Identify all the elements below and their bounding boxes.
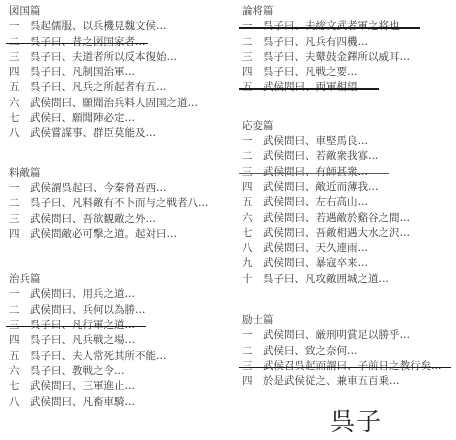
section-title: 励士篇 [242, 313, 454, 328]
section-reishi: 励士篇 一武侯問曰、厳刑明賞足以勝乎… 二武侯曰、致之奈何… 三武侯召呉起而謂曰… [242, 313, 454, 389]
item-text: 呉子曰、凡攻敵囲城之道… [263, 273, 389, 285]
item-text: 武侯問曰、三軍進止… [30, 380, 135, 392]
item-number: 五 [9, 349, 30, 364]
section-gap [9, 142, 224, 166]
item-text: 呉子曰、凡料敵有不卜而与之戦者八… [30, 197, 209, 209]
list-item: 一武侯問曰、車堅馬良… [242, 134, 454, 149]
item-text: 武侯問曰、吾欲観敵之外… [30, 213, 156, 225]
item-text: 呉子曰、凡行軍之道… [30, 319, 135, 331]
item-text: 呉子曰、教戦之令… [30, 365, 125, 377]
item-number: 三 [9, 318, 30, 333]
item-number: 一 [242, 134, 263, 149]
item-number: 二 [242, 344, 263, 359]
item-number: 九 [242, 256, 263, 271]
item-number: 六 [9, 96, 30, 111]
item-number: 二 [9, 196, 30, 211]
item-number: 五 [242, 195, 263, 210]
item-number: 三 [242, 50, 263, 65]
item-number: 十 [242, 272, 263, 287]
item-number: 三 [9, 212, 30, 227]
section-tokoku: 図国篇 一呉起儒服、以兵機見魏文侯… 二呉子曰、昔之図国家者… 三呉子曰、夫道者… [9, 4, 224, 142]
item-text: 武侯問曰、天久連雨… [263, 242, 368, 254]
item-text: 武侯召呉起而謂曰、子前日之教行矣… [263, 360, 442, 372]
item-number: 二 [9, 303, 30, 318]
item-number: 八 [9, 126, 30, 141]
list-item: 六武侯問曰、願聞治兵料人固国之道… [9, 96, 224, 111]
list-item: 五呉子曰、夫人常死其所不能… [9, 349, 224, 364]
list-item-struck: 一呉子曰、夫総文武者軍之将也… [242, 19, 454, 34]
item-number: 三 [242, 165, 263, 180]
section-title: 論将篇 [242, 4, 454, 19]
section-ouhen: 応変篇 一武侯問曰、車堅馬良… 二武侯問曰、若敵衆我寡… 三武侯問曰、有師甚衆…… [242, 119, 454, 287]
item-number: 二 [9, 35, 30, 50]
list-item-struck-red: 三武侯問曰、有師甚衆… [242, 165, 454, 180]
item-text: 武侯問曰、左右高山… [263, 196, 368, 208]
item-number: 一 [9, 19, 30, 34]
item-number: 八 [9, 395, 30, 410]
item-number: 一 [242, 19, 263, 34]
item-text: 武侯問曰、吾敵相遇大水之沢… [263, 227, 410, 239]
left-column: 図国篇 一呉起儒服、以兵機見魏文侯… 二呉子曰、昔之図国家者… 三呉子曰、夫道者… [9, 4, 224, 410]
list-item: 五武侯問曰、左右高山… [242, 195, 454, 210]
list-item: 六武侯問曰、若遇敵於谿谷之間… [242, 211, 454, 226]
list-item: 四呉子曰、凡戦之要… [242, 65, 454, 80]
item-text: 武侯問曰、兵何以為勝… [30, 304, 146, 316]
list-item: 二武侯曰、致之奈何… [242, 344, 454, 359]
item-text: 武侯嘗謀事、群臣莫能及… [30, 127, 156, 139]
item-text: 武侯問曰、車堅馬良… [263, 135, 368, 147]
item-text: 武侯謂呉起曰、今秦脅吾西… [30, 182, 167, 194]
list-item-struck: 二呉子曰、昔之図国家者… [9, 35, 224, 50]
section-gap [242, 287, 454, 313]
section-title: 料敵篇 [9, 166, 224, 181]
item-text: 呉子曰、凡戦之要… [263, 66, 358, 78]
section-gap [9, 242, 224, 272]
item-number: 八 [242, 241, 263, 256]
item-text: 呉子曰、夫人常死其所不能… [30, 350, 167, 362]
list-item: 七武侯問曰、吾敵相遇大水之沢… [242, 226, 454, 241]
item-number: 四 [242, 65, 263, 80]
list-item: 四呉子曰、凡兵戦之場… [9, 333, 224, 348]
list-item-struck: 三武侯召呉起而謂曰、子前日之教行矣… [242, 359, 454, 374]
item-number: 六 [9, 364, 30, 379]
section-title: 応変篇 [242, 119, 454, 134]
item-number: 七 [9, 111, 30, 126]
right-column: 論将篇 一呉子曰、夫総文武者軍之将也… 二呉子曰、凡兵有四機… 三呉子曰、夫鼙鼓… [242, 4, 454, 390]
item-number: 四 [242, 180, 263, 195]
list-item: 三呉子曰、夫鼙鼓金鐸所以威耳… [242, 50, 454, 65]
item-text: 武侯曰、致之奈何… [263, 345, 358, 357]
item-number: 五 [242, 80, 263, 95]
section-title: 治兵篇 [9, 272, 224, 287]
section-ryouteki: 料敵篇 一武侯謂呉起曰、今秦脅吾西… 二呉子曰、凡料敵有不卜而与之戦者八… 三武… [9, 166, 224, 242]
item-text: 武侯問曰、有師甚衆… [263, 166, 368, 178]
item-text: 呉子曰、夫総文武者軍之将也… [263, 20, 410, 32]
list-item: 八武侯問曰、凡畜車騎… [9, 395, 224, 410]
list-item: 七武侯曰、願聞陣必定… [9, 111, 224, 126]
item-text: 武侯問曰、両軍相望… [263, 81, 368, 93]
section-ronshou: 論将篇 一呉子曰、夫総文武者軍之将也… 二呉子曰、凡兵有四機… 三呉子曰、夫鼙鼓… [242, 4, 454, 96]
item-number: 三 [9, 50, 30, 65]
section-chihei: 治兵篇 一武侯問曰、用兵之道… 二武侯問曰、兵何以為勝… 三呉子曰、凡行軍之道…… [9, 272, 224, 410]
item-number: 七 [9, 379, 30, 394]
item-number: 二 [242, 149, 263, 164]
item-number: 一 [242, 328, 263, 343]
list-item: 四呉子曰、凡制国治軍… [9, 65, 224, 80]
item-text: 武侯問曰、若敵衆我寡… [263, 150, 379, 162]
list-item: 九武侯問曰、暴寇卒来… [242, 256, 454, 271]
item-number: 一 [9, 287, 30, 302]
item-text: 武侯問曰、厳刑明賞足以勝乎… [263, 329, 410, 341]
item-number: 七 [242, 226, 263, 241]
item-text: 呉子曰、凡兵之所起者有五… [30, 81, 167, 93]
item-number: 六 [242, 211, 263, 226]
list-item: 二武侯問曰、兵何以為勝… [9, 303, 224, 318]
item-number: 二 [242, 35, 263, 50]
item-text: 武侯曰、願聞陣必定… [30, 112, 135, 124]
item-text: 呉子曰、凡兵戦之場… [30, 334, 135, 346]
book-title-signature: 呉子 [330, 402, 382, 438]
list-item-struck: 三呉子曰、凡行軍之道… [9, 318, 224, 333]
list-item: 一武侯謂呉起曰、今秦脅吾西… [9, 181, 224, 196]
item-number: 四 [9, 333, 30, 348]
list-item: 一武侯問曰、用兵之道… [9, 287, 224, 302]
list-item: 六呉子曰、教戦之令… [9, 364, 224, 379]
section-title: 図国篇 [9, 4, 224, 19]
item-text: 呉起儒服、以兵機見魏文侯… [30, 20, 167, 32]
item-text: 呉子曰、夫道者所以反本復始… [30, 51, 177, 63]
item-text: 武侯問曰、敵近而薄我… [263, 181, 379, 193]
item-text: 呉子曰、夫鼙鼓金鐸所以威耳… [263, 51, 410, 63]
list-item: 四武侯問敵必可撃之道。起対曰… [9, 227, 224, 242]
item-text: 武侯問曰、用兵之道… [30, 288, 135, 300]
item-number: 五 [9, 80, 30, 95]
list-item: 七武侯問曰、三軍進止… [9, 379, 224, 394]
item-text: 武侯問曰、若遇敵於谿谷之間… [263, 212, 410, 224]
list-item: 五呉子曰、凡兵之所起者有五… [9, 80, 224, 95]
list-item: 一呉起儒服、以兵機見魏文侯… [9, 19, 224, 34]
item-number: 四 [242, 374, 263, 389]
list-item: 二武侯問曰、若敵衆我寡… [242, 149, 454, 164]
item-text: 武侯問曰、凡畜車騎… [30, 396, 135, 408]
item-number: 四 [9, 65, 30, 80]
item-text: 武侯問曰、暴寇卒来… [263, 257, 368, 269]
item-number: 四 [9, 227, 30, 242]
list-item-struck: 五武侯問曰、両軍相望… [242, 80, 454, 95]
item-text: 武侯問曰、願聞治兵料人固国之道… [30, 97, 198, 109]
list-item: 二呉子曰、凡兵有四機… [242, 35, 454, 50]
item-number: 一 [9, 181, 30, 196]
item-text: 呉子曰、昔之図国家者… [30, 36, 146, 48]
item-text: 呉子曰、凡兵有四機… [263, 36, 368, 48]
item-text: 武侯問敵必可撃之道。起対曰… [30, 228, 177, 240]
list-item: 二呉子曰、凡料敵有不卜而与之戦者八… [9, 196, 224, 211]
list-item: 十呉子曰、凡攻敵囲城之道… [242, 272, 454, 287]
list-item: 三武侯問曰、吾欲観敵之外… [9, 212, 224, 227]
section-gap [242, 96, 454, 119]
list-item: 一武侯問曰、厳刑明賞足以勝乎… [242, 328, 454, 343]
list-item: 四武侯問曰、敵近而薄我… [242, 180, 454, 195]
list-item: 三呉子曰、夫道者所以反本復始… [9, 50, 224, 65]
list-item: 八武侯嘗謀事、群臣莫能及… [9, 126, 224, 141]
item-text: 於是武侯従之、兼車五百乗… [263, 375, 400, 387]
item-number: 三 [242, 359, 263, 374]
item-text: 呉子曰、凡制国治軍… [30, 66, 135, 78]
list-item: 四於是武侯従之、兼車五百乗… [242, 374, 454, 389]
list-item: 八武侯問曰、天久連雨… [242, 241, 454, 256]
